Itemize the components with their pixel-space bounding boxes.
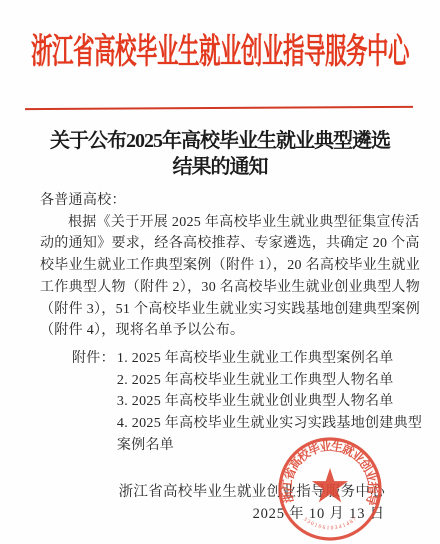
signature-name: 浙江省高校毕业生就业创业指导服务中心 <box>119 482 385 504</box>
letterhead-divider <box>25 106 413 111</box>
letterhead-title: 浙江省高校毕业生就业创业指导服务中心 <box>0 23 440 81</box>
attachment-line: 1. 2025 年高校毕业生就业工作典型案例名单 <box>117 348 422 370</box>
attachment-line: 3. 2025 年高校毕业生就业创业典型人物名单 <box>117 391 422 413</box>
notice-title-line1: 关于公布2025年高校毕业生就业典型遴选 <box>0 129 440 155</box>
body-line: 根据《关于开展 2025 年高校毕业生就业典型征集宣传活 <box>40 212 404 234</box>
body-line: 动的通知》要求，经各高校推荐、专家遴选，共确定 20 个高 <box>40 233 404 255</box>
signature-block: 浙江省高校毕业生就业创业指导服务中心 2025 年 10 月 13 日 <box>119 482 385 525</box>
body-line: （附件 4），现将名单予以公布。 <box>40 320 404 342</box>
attachment-line: 案例名单 <box>117 435 422 457</box>
notice-body: 各普通高校： 根据《关于开展 2025 年高校毕业生就业典型征集宣传活 动的通知… <box>40 190 404 342</box>
body-line: （附件 3），51 个高校毕业生就业实习实践基地创建典型案例 <box>40 299 404 321</box>
signature-date: 2025 年 10 月 13 日 <box>119 504 385 526</box>
attachments-block: 附件： 1. 2025 年高校毕业生就业工作典型案例名单 2. 2025 年高校… <box>72 348 422 457</box>
notice-document: { "document": { "letterhead": "浙江省高校毕业生就… <box>0 0 440 544</box>
salutation: 各普通高校： <box>40 190 404 212</box>
attachment-line: 2. 2025 年高校毕业生就业工作典型人物名单 <box>117 370 422 392</box>
notice-title-line2: 结果的通知 <box>0 155 440 181</box>
notice-title: 关于公布2025年高校毕业生就业典型遴选 结果的通知 <box>0 129 440 180</box>
body-line: 校毕业生就业工作典型案例（附件 1），20 名高校毕业生就业 <box>40 255 404 277</box>
attachments-list: 1. 2025 年高校毕业生就业工作典型案例名单 2. 2025 年高校毕业生就… <box>117 348 422 457</box>
body-line: 工作典型人物（附件 2），30 名高校毕业生就业创业典型人物 <box>40 277 404 299</box>
attachments-label: 附件： <box>72 348 115 370</box>
attachment-line: 4. 2025 年高校毕业生就业实习实践基地创建典型 <box>117 413 422 435</box>
